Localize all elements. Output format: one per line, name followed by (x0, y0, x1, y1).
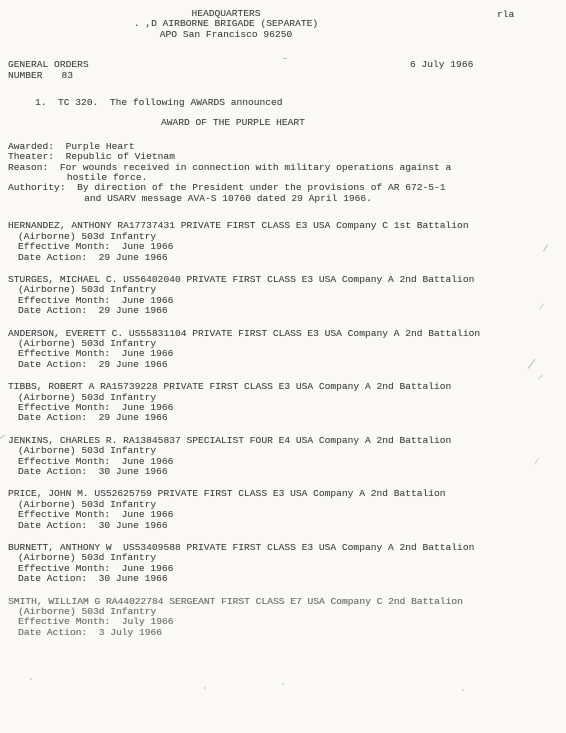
award-entry: STURGES, MICHAEL C. US56402040 PRIVATE F… (8, 275, 566, 317)
effective-month-label: Effective Month: (18, 509, 110, 520)
award-entry: JENKINS, CHARLES R. RA13845837 SPECIALIS… (8, 436, 566, 478)
date-action-value: 30 June 1966 (99, 573, 168, 584)
entry-effective-month-line: Effective Month:June 1966 (8, 296, 566, 306)
scan-speck (204, 687, 206, 689)
apo-line: APO San Francisco 96250 (134, 30, 318, 40)
effective-month-value: June 1966 (122, 295, 174, 306)
award-entry: ANDERSON, EVERETT C. US55831104 PRIVATE … (8, 329, 566, 371)
authority-label: Authority: (8, 183, 66, 204)
entry-effective-month-line: Effective Month:June 1966 (8, 403, 566, 413)
number-label: NUMBER (8, 70, 43, 81)
effective-month-value: July 1966 (122, 616, 174, 627)
effective-month-value: June 1966 (122, 241, 174, 252)
date-action-label: Date Action: (18, 359, 87, 370)
date-action-value: 29 June 1966 (99, 359, 168, 370)
effective-month-label: Effective Month: (18, 348, 110, 359)
entry-date-action-line: Date Action:29 June 1966 (8, 413, 566, 423)
effective-month-value: June 1966 (122, 402, 174, 413)
typist-initials: rla (497, 10, 514, 20)
entry-date-action-line: Date Action:29 June 1966 (8, 360, 566, 370)
detail-row-authority: Authority: By direction of the President… (8, 183, 566, 204)
effective-month-label: Effective Month: (18, 616, 110, 627)
effective-month-label: Effective Month: (18, 241, 110, 252)
effective-month-value: June 1966 (122, 348, 174, 359)
detail-row-reason: Reason: For wounds received in connectio… (8, 163, 566, 184)
effective-month-value: June 1966 (122, 456, 174, 467)
orders-header: GENERAL ORDERS NUMBER83 6 July 1966 (8, 60, 566, 81)
entry-effective-month-line: Effective Month:June 1966 (8, 242, 566, 252)
date-action-value: 30 June 1966 (99, 466, 168, 477)
entry-effective-month-line: Effective Month:June 1966 (8, 457, 566, 467)
date-action-label: Date Action: (18, 305, 87, 316)
scan-speck (30, 678, 32, 680)
award-entry: SMITH, WILLIAM G RA44022784 SERGEANT FIR… (8, 597, 566, 639)
entry-name-line: TIBBS, ROBERT A RA15739228 PRIVATE FIRST… (8, 382, 566, 392)
award-entry: HERNANDEZ, ANTHONY RA17737431 PRIVATE FI… (8, 221, 566, 263)
date-action-value: 3 July 1966 (99, 627, 162, 638)
entry-date-action-line: Date Action:29 June 1966 (8, 306, 566, 316)
orders-number: 83 (62, 70, 74, 81)
entry-effective-month-line: Effective Month:July 1966 (8, 617, 566, 627)
effective-month-label: Effective Month: (18, 295, 110, 306)
entry-effective-month-line: Effective Month:June 1966 (8, 510, 566, 520)
scan-speck (462, 689, 464, 691)
date-action-label: Date Action: (18, 573, 87, 584)
date-action-label: Date Action: (18, 412, 87, 423)
entry-date-action-line: Date Action:29 June 1966 (8, 253, 566, 263)
entry-date-action-line: Date Action:30 June 1966 (8, 467, 566, 477)
award-entry: PRICE, JOHN M. US52625759 PRIVATE FIRST … (8, 489, 566, 531)
effective-month-label: Effective Month: (18, 456, 110, 467)
date-action-label: Date Action: (18, 466, 87, 477)
date-action-label: Date Action: (18, 520, 87, 531)
general-orders-label: GENERAL ORDERS (8, 60, 566, 70)
order-date: 6 July 1966 (410, 60, 473, 70)
award-entry: BURNETT, ANTHONY W US53409588 PRIVATE FI… (8, 543, 566, 585)
pencil-mark (283, 58, 287, 59)
reason-label: Reason: (8, 163, 48, 184)
effective-month-label: Effective Month: (18, 563, 110, 574)
entry-date-action-line: Date Action:30 June 1966 (8, 574, 566, 584)
document-page: rla HEADQUARTERS . ,D AIRBORNE BRIGADE (… (0, 0, 566, 733)
date-action-value: 29 June 1966 (99, 412, 168, 423)
scan-speck (294, 168, 296, 170)
award-details: Awarded: Purple Heart Theater: Republic … (8, 142, 566, 204)
award-entries: HERNANDEZ, ANTHONY RA17737431 PRIVATE FI… (8, 221, 566, 638)
entry-effective-month-line: Effective Month:June 1966 (8, 564, 566, 574)
date-action-value: 29 June 1966 (99, 252, 168, 263)
date-action-label: Date Action: (18, 252, 87, 263)
date-action-label: Date Action: (18, 627, 87, 638)
entry-date-action-line: Date Action:3 July 1966 (8, 628, 566, 638)
orders-number-line: NUMBER83 (8, 71, 566, 81)
entry-date-action-line: Date Action:30 June 1966 (8, 521, 566, 531)
pencil-mark (0, 435, 5, 444)
date-action-value: 30 June 1966 (99, 520, 168, 531)
letterhead: HEADQUARTERS . ,D AIRBORNE BRIGADE (SEPA… (134, 9, 318, 40)
scan-speck (282, 683, 284, 685)
award-entry: TIBBS, ROBERT A RA15739228 PRIVATE FIRST… (8, 382, 566, 424)
entry-effective-month-line: Effective Month:June 1966 (8, 349, 566, 359)
award-section-title: AWARD OF THE PURPLE HEART (161, 118, 566, 128)
effective-month-label: Effective Month: (18, 402, 110, 413)
effective-month-value: June 1966 (122, 563, 174, 574)
paragraph-1: 1. TC 320. The following AWARDS announce… (35, 98, 566, 108)
authority-value-line2: and USARV message AVA-S 10760 dated 29 A… (77, 194, 445, 204)
date-action-value: 29 June 1966 (99, 305, 168, 316)
effective-month-value: June 1966 (122, 509, 174, 520)
